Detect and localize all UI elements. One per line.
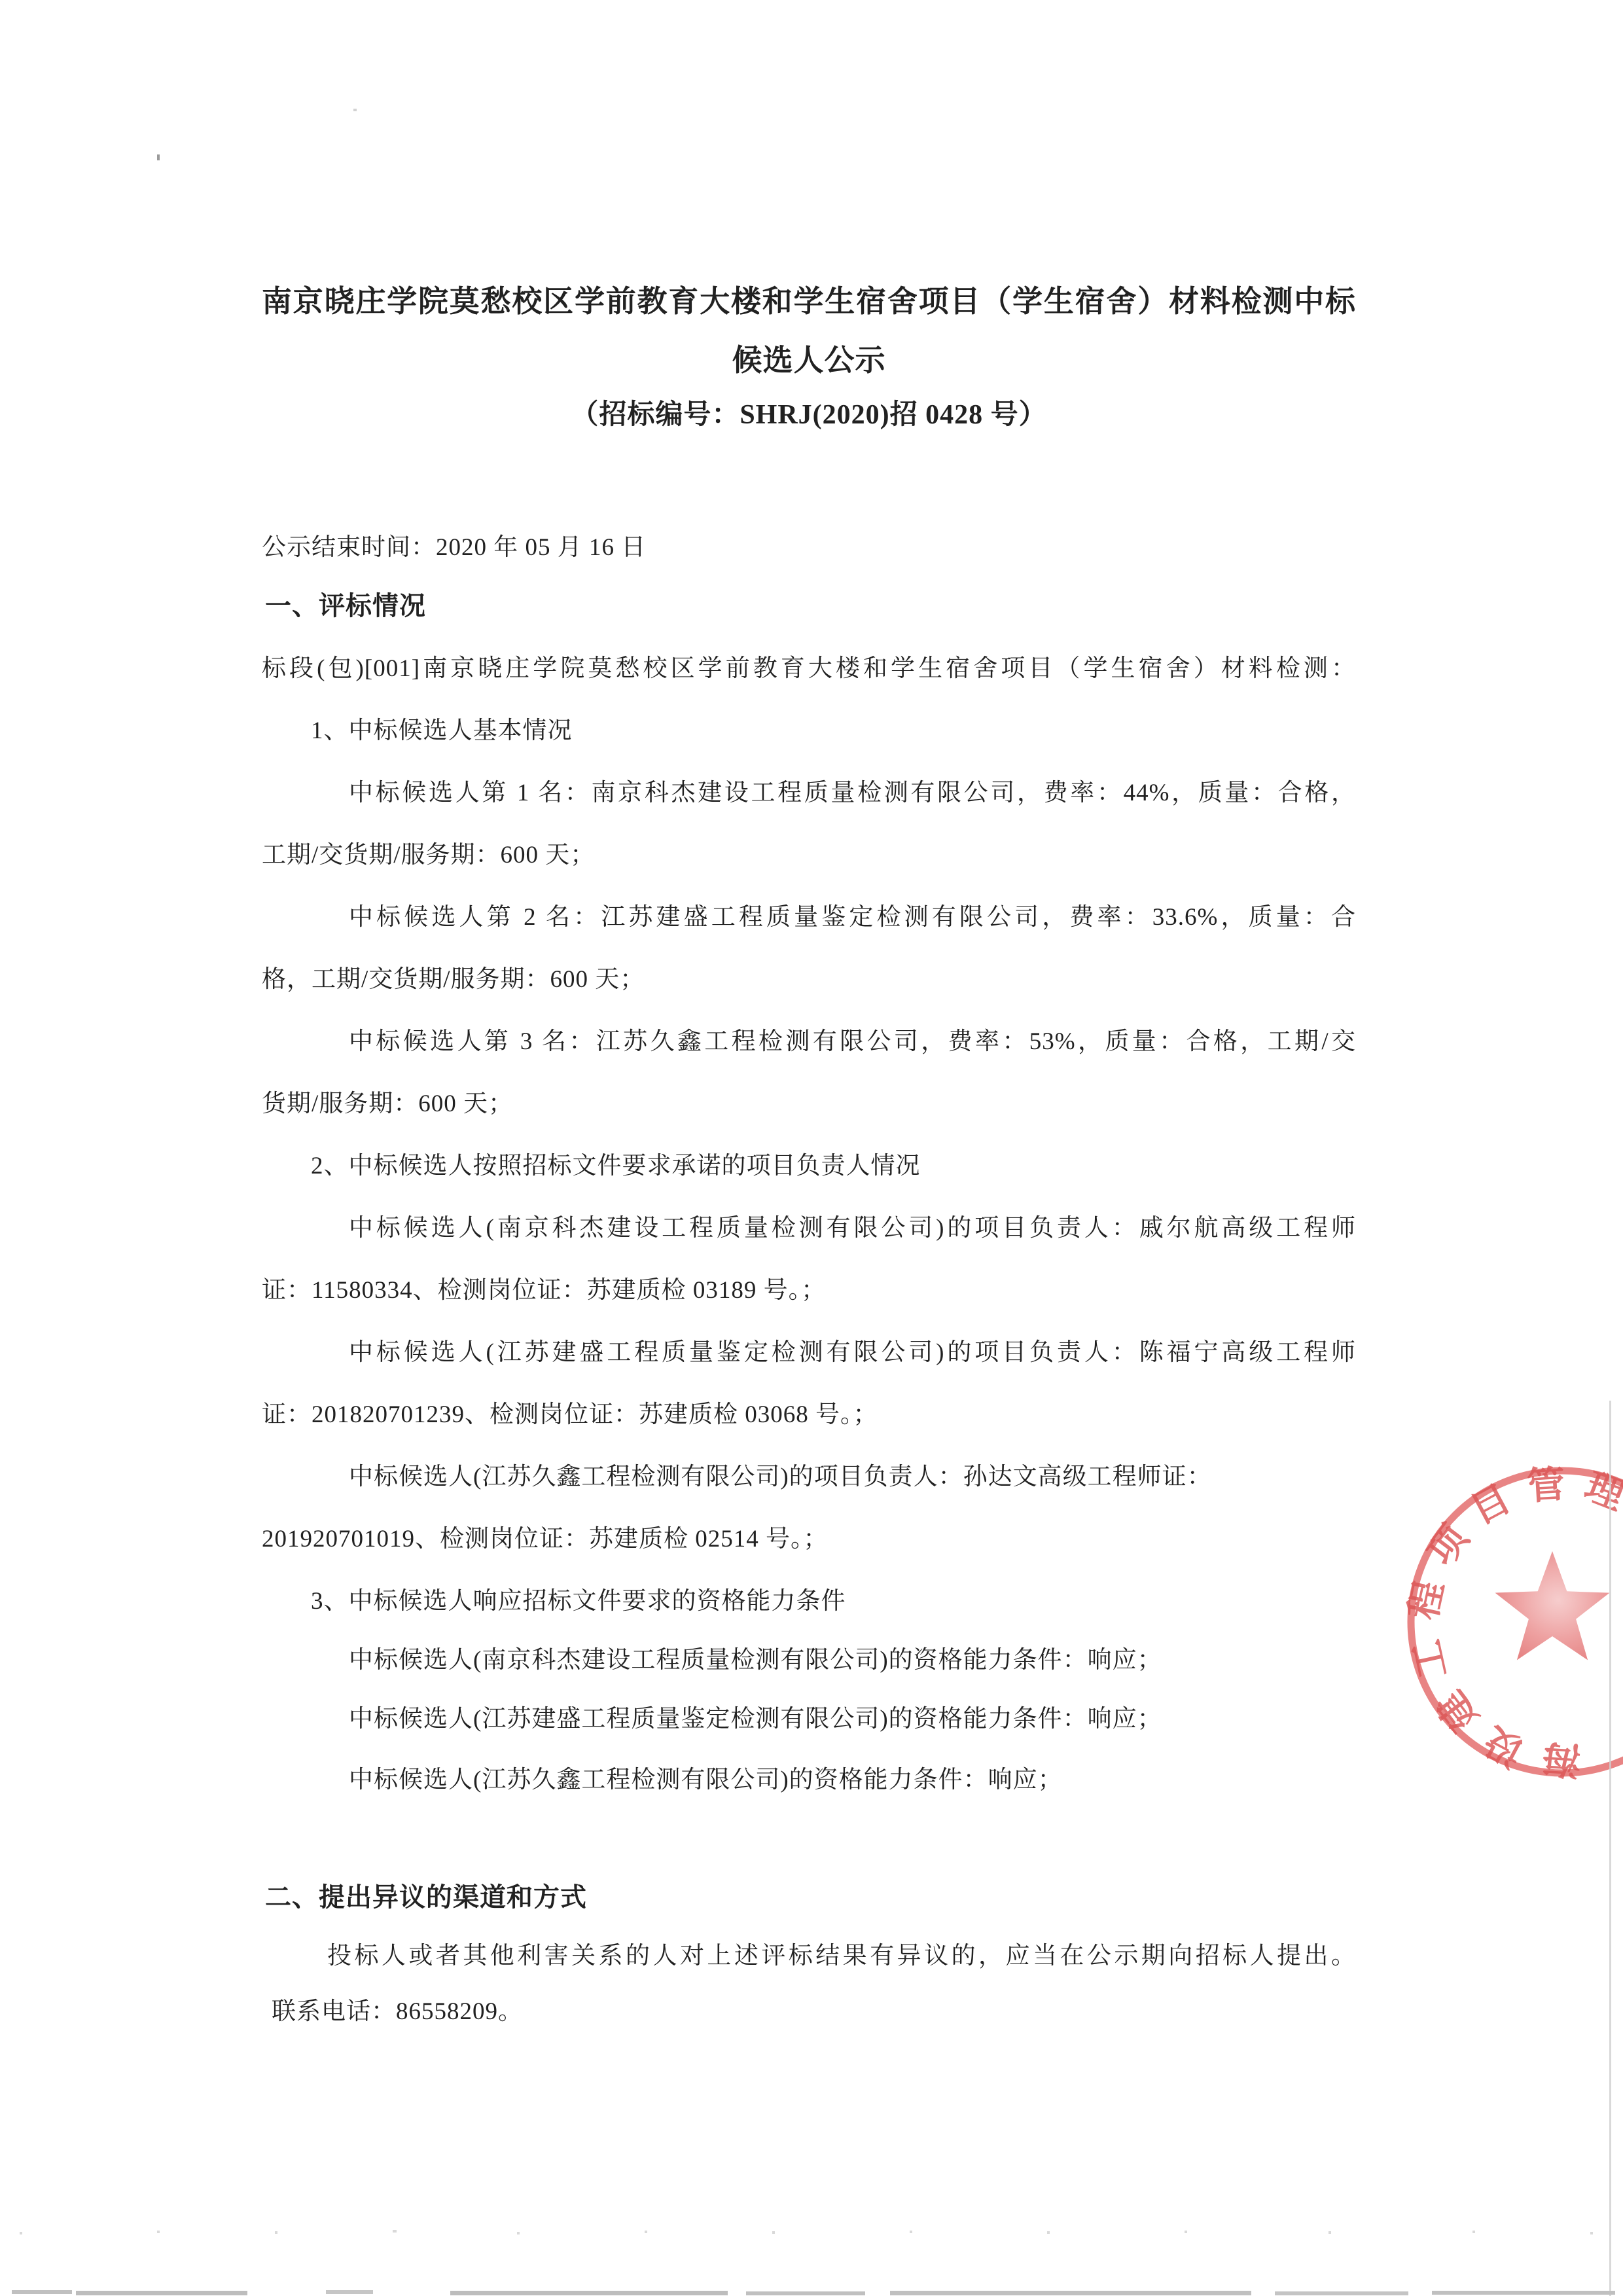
scan-dot bbox=[20, 2232, 22, 2234]
scan-speck bbox=[157, 154, 160, 160]
scan-dot bbox=[275, 2231, 277, 2234]
scan-dot bbox=[1185, 2231, 1187, 2233]
manager-3-line-2: 201920701019、检测岗位证：苏建质检 02514 号。； bbox=[262, 1524, 829, 1555]
scan-dot bbox=[1472, 2231, 1475, 2233]
manager-2-line-1: 中标候选人(江苏建盛工程质量鉴定检测有限公司)的项目负责人：陈福宁高级工程师 bbox=[349, 1337, 1356, 1369]
title-line-2: 候选人公示 bbox=[262, 342, 1356, 379]
objection-line: 投标人或者其他利害关系的人对上述评标结果有异议的，应当在公示期向招标人提出。 bbox=[327, 1941, 1356, 1972]
item-2-heading: 2、中标候选人按照招标文件要求承诺的项目负责人情况 bbox=[311, 1151, 921, 1182]
manager-3-line-1: 中标候选人(江苏久鑫工程检测有限公司)的项目负责人：孙达文高级工程师证： bbox=[349, 1462, 1212, 1493]
scan-page-edge-line bbox=[1609, 1401, 1611, 2296]
scan-bottom-edge bbox=[1432, 2291, 1615, 2295]
scan-bottom-edge bbox=[890, 2291, 1251, 2295]
scan-bottom-edge bbox=[746, 2291, 865, 2295]
scan-dot bbox=[1047, 2231, 1050, 2234]
section-1-heading: 一、评标情况 bbox=[265, 590, 426, 622]
candidate-1-line-2: 工期/交货期/服务期：600 天； bbox=[262, 840, 595, 871]
candidate-1-line-1: 中标候选人第 1 名：南京科杰建设工程质量检测有限公司，费率：44%，质量：合格… bbox=[349, 778, 1356, 809]
qualification-1-line: 中标候选人(南京科杰建设工程质量检测有限公司)的资格能力条件：响应； bbox=[349, 1645, 1162, 1676]
scan-bottom-edge bbox=[450, 2291, 728, 2295]
candidate-2-line-1: 中标候选人第 2 名：江苏建盛工程质量鉴定检测有限公司，费率：33.6%，质量：… bbox=[349, 902, 1356, 933]
candidate-3-line-2: 货期/服务期：600 天； bbox=[262, 1088, 513, 1120]
seal-ring-text: 海设建工程项目管理有限公司 bbox=[1366, 1426, 1623, 1816]
scan-dot bbox=[1590, 2232, 1593, 2234]
scanned-document-page: { "doc": { "title_line1": "南京晓庄学院莫愁校区学前教… bbox=[0, 0, 1623, 2296]
tender-number-line: （招标编号：SHRJ(2020)招 0428 号） bbox=[262, 398, 1356, 432]
scan-dot bbox=[517, 2232, 520, 2234]
item-1-heading: 1、中标候选人基本情况 bbox=[311, 715, 573, 747]
scan-bottom-edge bbox=[326, 2290, 373, 2294]
scan-bottom-edge bbox=[12, 2290, 72, 2294]
svg-text:海设建工程项目管理有限公司: 海设建工程项目管理有限公司 bbox=[1366, 1426, 1623, 1816]
section-2-heading: 二、提出异议的渠道和方式 bbox=[265, 1881, 587, 1914]
manager-2-line-2: 证：201820701239、检测岗位证：苏建质检 03068 号。； bbox=[262, 1399, 878, 1431]
manager-1-line-1: 中标候选人(南京科杰建设工程质量检测有限公司)的项目负责人：戚尔航高级工程师 bbox=[349, 1213, 1356, 1244]
candidate-2-line-2: 格，工期/交货期/服务期：600 天； bbox=[262, 964, 645, 996]
qualification-2-line: 中标候选人(江苏建盛工程质量鉴定检测有限公司)的资格能力条件：响应； bbox=[349, 1704, 1162, 1735]
scan-dot bbox=[910, 2231, 912, 2233]
company-seal-stamp: 海设建工程项目管理有限公司 bbox=[1366, 1426, 1623, 1818]
scan-dot bbox=[157, 2231, 160, 2233]
scan-speck bbox=[353, 109, 357, 111]
scan-dot bbox=[645, 2231, 647, 2233]
star-icon bbox=[1495, 1551, 1610, 1660]
item-3-heading: 3、中标候选人响应招标文件要求的资格能力条件 bbox=[311, 1586, 846, 1617]
scan-dot bbox=[772, 2231, 775, 2234]
scan-dot bbox=[1329, 2231, 1331, 2234]
lot-line: 标段(包)[001]南京晓庄学院莫愁校区学前教育大楼和学生宿舍项目（学生宿舍）材… bbox=[262, 653, 1356, 685]
title-line-1: 南京晓庄学院莫愁校区学前教育大楼和学生宿舍项目（学生宿舍）材料检测中标 bbox=[262, 283, 1356, 320]
scan-bottom-edge bbox=[1275, 2291, 1408, 2295]
manager-1-line-2: 证：11580334、检测岗位证：苏建质检 03189 号。； bbox=[262, 1275, 826, 1306]
candidate-3-line-1: 中标候选人第 3 名：江苏久鑫工程检测有限公司，费率：53%，质量：合格，工期/… bbox=[349, 1026, 1356, 1058]
scan-bottom-edge bbox=[76, 2291, 247, 2295]
qualification-3-line: 中标候选人(江苏久鑫工程检测有限公司)的资格能力条件：响应； bbox=[349, 1765, 1063, 1796]
publicity-deadline: 公示结束时间：2020 年 05 月 16 日 bbox=[262, 532, 646, 564]
scan-dot bbox=[393, 2230, 397, 2233]
contact-phone-line: 联系电话：86558209。 bbox=[272, 1996, 523, 2028]
